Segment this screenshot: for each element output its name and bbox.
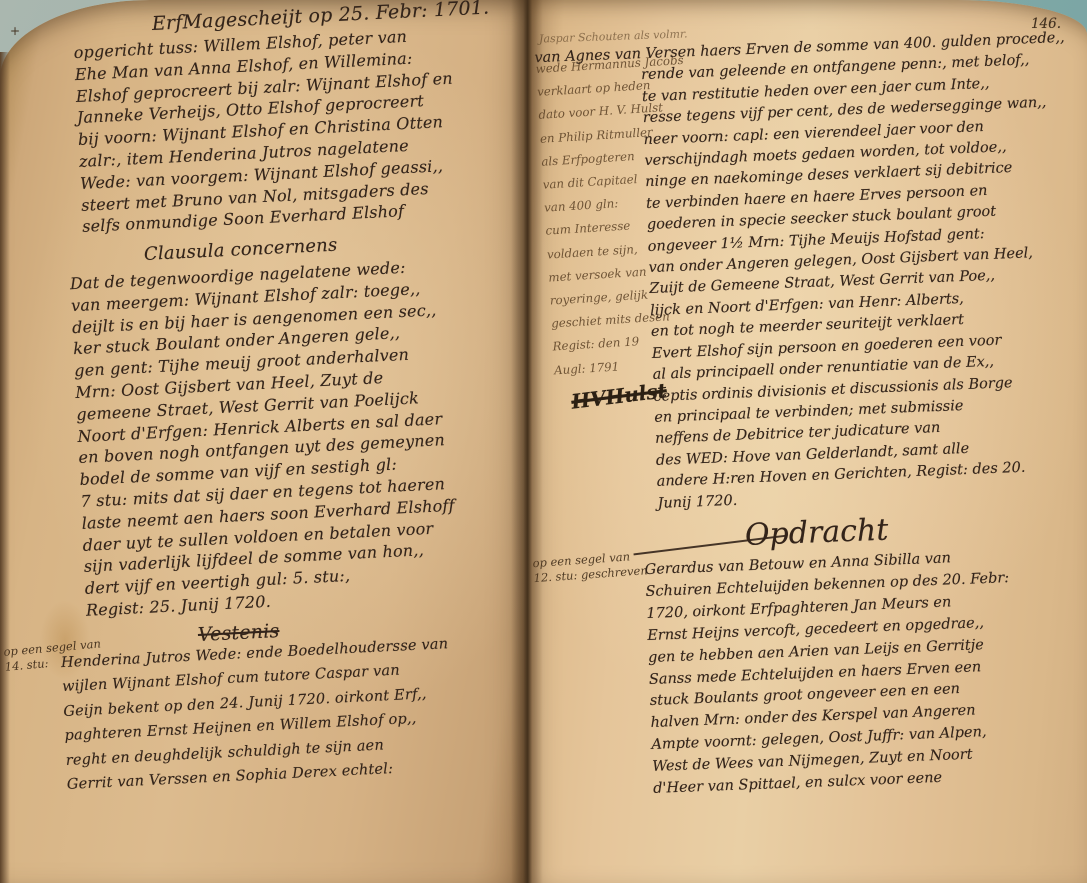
left-page: + op een segel van 14. stu: ErfMageschei… xyxy=(0,0,527,883)
heading-opdracht: Opdracht xyxy=(745,512,1087,547)
book-spine-edge xyxy=(0,52,10,883)
paragraph-opdracht: Gerardus van Betouw en Anna Sibilla vanS… xyxy=(644,544,1087,802)
paragraph-vestenis: Henderina Jutros Wede: ende Boedelhouder… xyxy=(60,629,521,797)
manuscript-photo: + op een segel van 14. stu: ErfMageschei… xyxy=(0,0,1087,883)
right-page-text: van Agnes van Versen haers Erven de somm… xyxy=(649,44,1087,801)
paragraph-clausula: Dat de tegenwoordige nagelatene wede:van… xyxy=(69,251,526,621)
left-page-text: ErfMagescheijt op 25. Febr: 1701. opgeri… xyxy=(78,14,518,798)
paragraph-obligation: van Agnes van Versen haers Erven de somm… xyxy=(640,27,1087,514)
right-page: 146. Jaspar Schouten als volmr. wede Her… xyxy=(527,0,1087,883)
corner-mark: + xyxy=(10,24,20,38)
paragraph-erfmagescheijt: opgericht tuss: Willem Elshof, peter van… xyxy=(73,20,522,237)
